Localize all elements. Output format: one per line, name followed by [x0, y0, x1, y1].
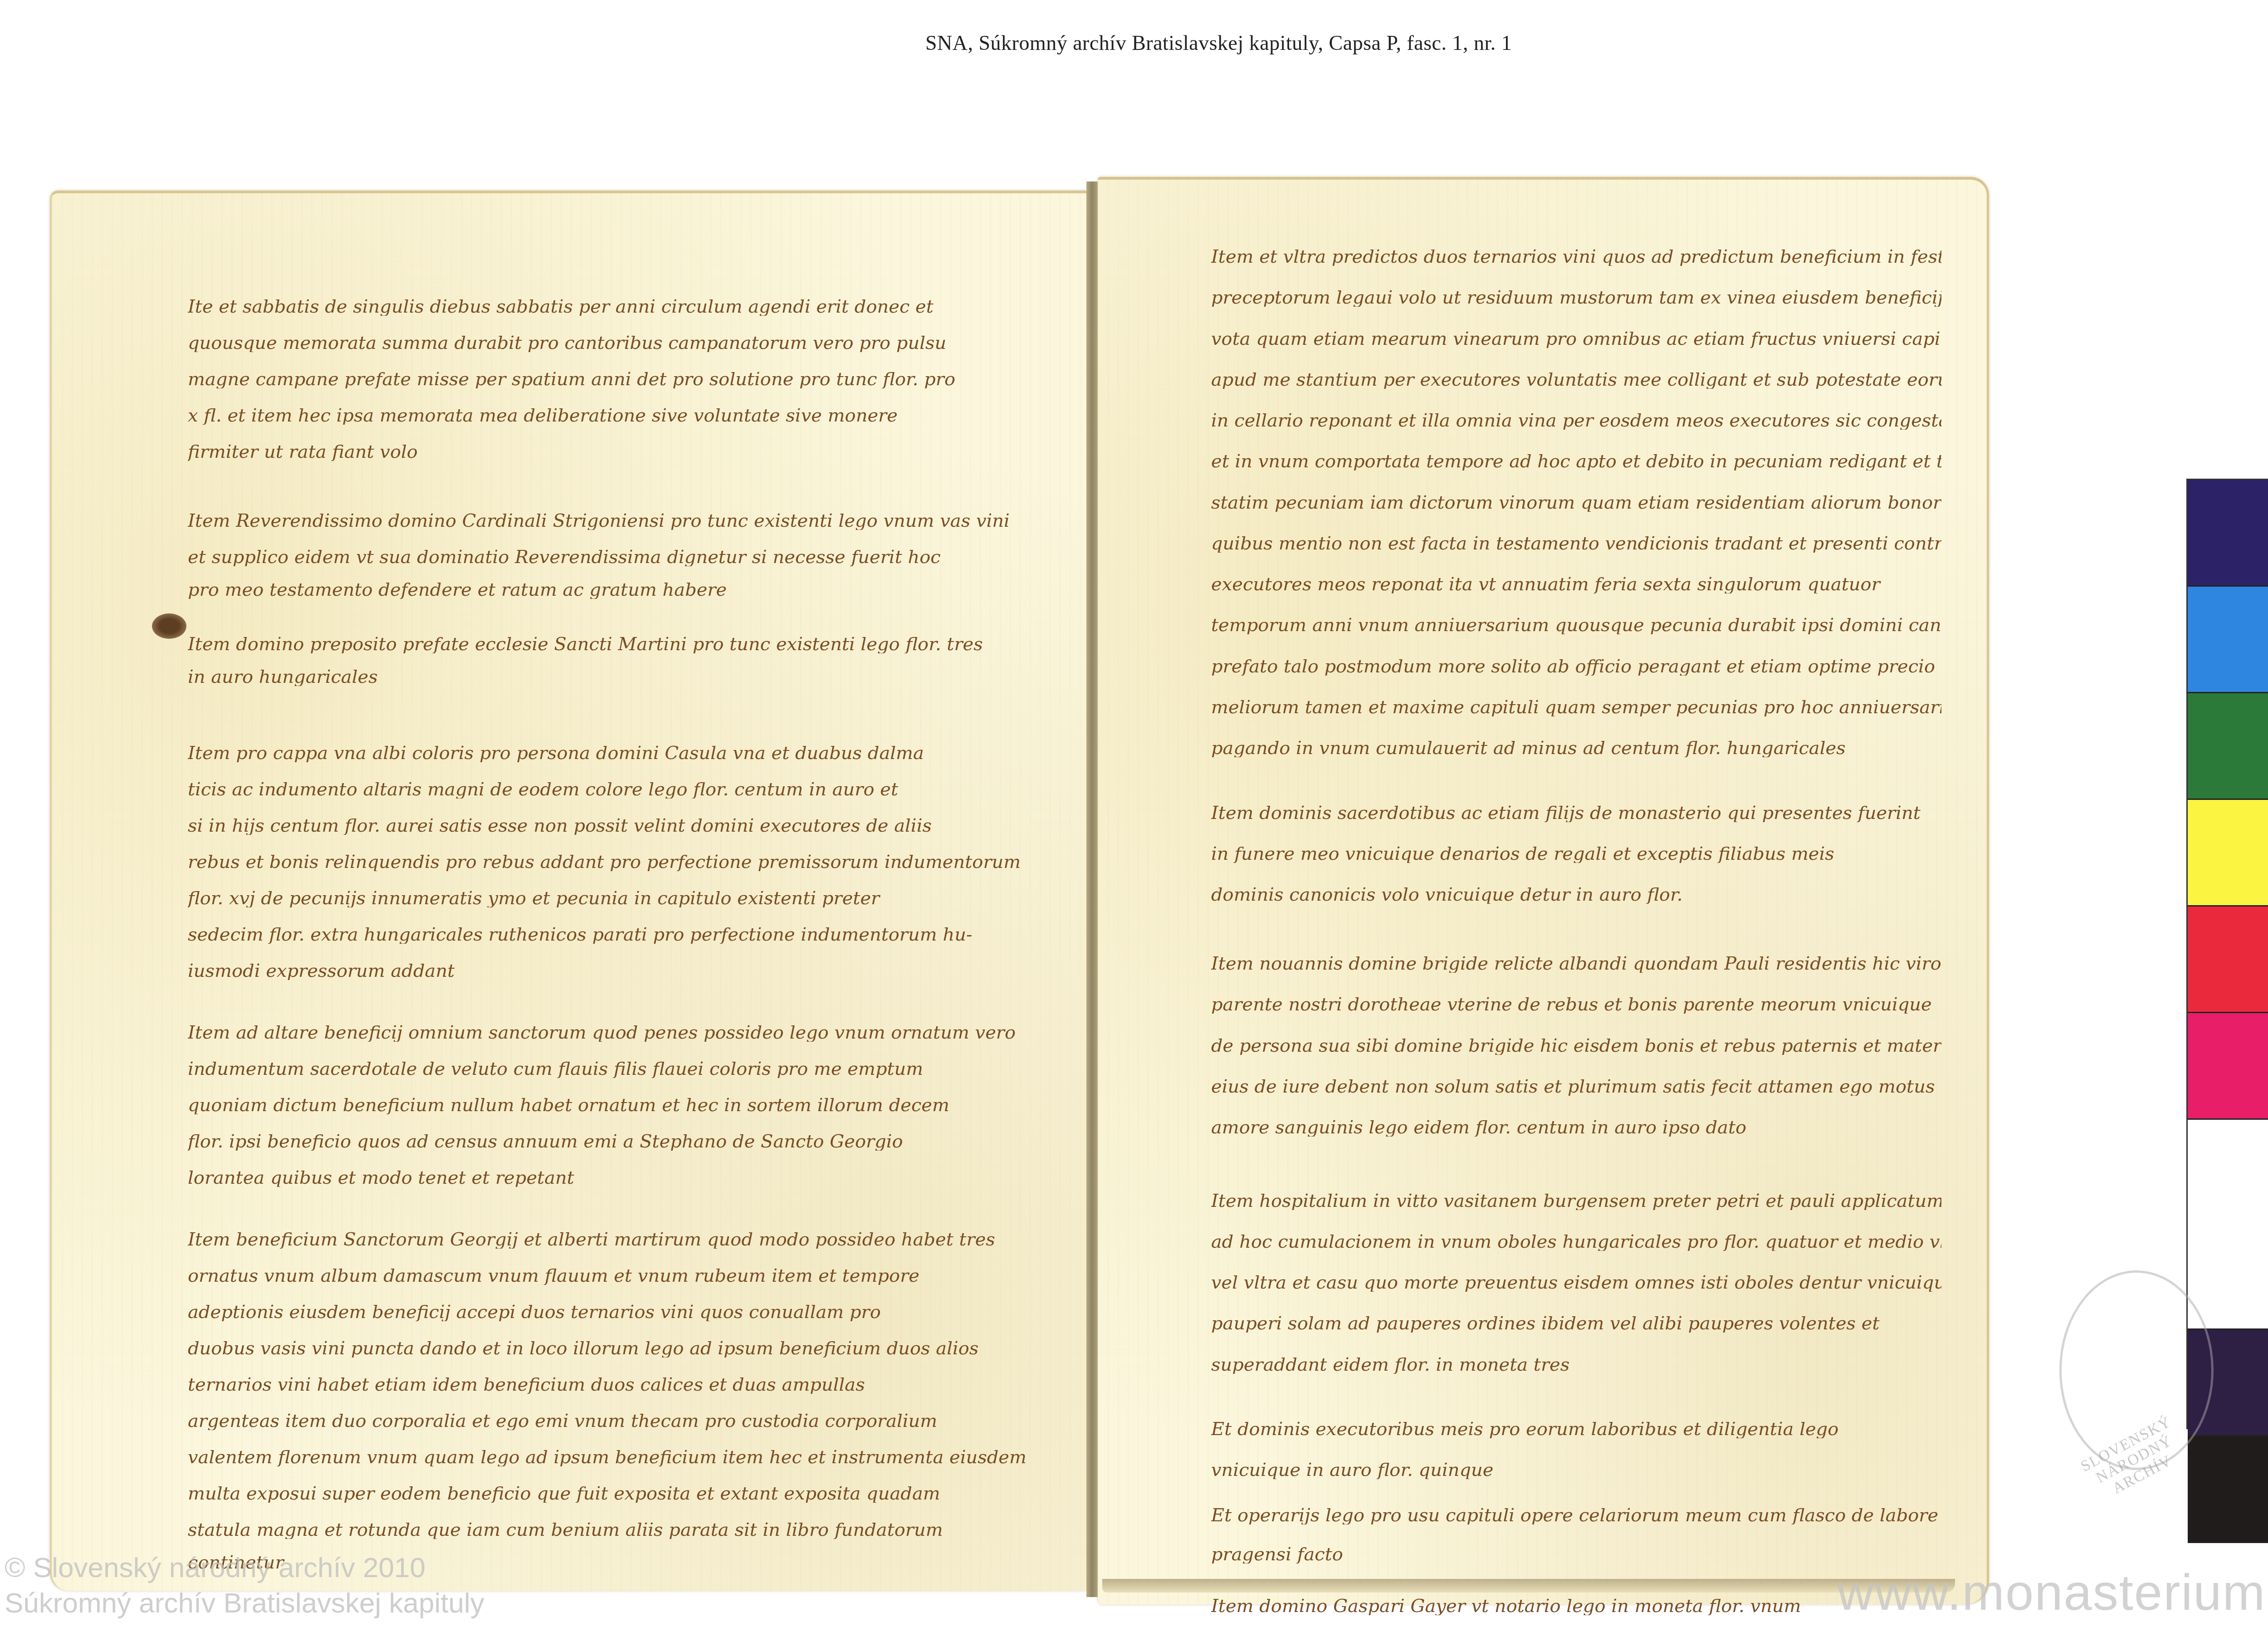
- page-edge-stack: [1102, 1579, 1955, 1593]
- manuscript-line: Item dominis sacerdotibus ac etiam filij…: [1211, 804, 1941, 822]
- manuscript-line: ad hoc cumulacionem in vnum oboles hunga…: [1211, 1233, 1941, 1251]
- manuscript-line: valentem florenum vnum quam lego ad ipsu…: [188, 1448, 1027, 1466]
- manuscript-line: pro meo testamento defendere et ratum ac…: [188, 581, 1027, 599]
- manuscript-line: Item et vltra predictos duos ternarios v…: [1211, 248, 1941, 266]
- patch-row-green: [2188, 693, 2268, 800]
- manuscript-line: quoniam dictum beneficium nullum habet o…: [188, 1096, 1027, 1114]
- manuscript-line: argenteas item duo corporalia et ego emi…: [188, 1412, 1027, 1430]
- manuscript-line: in auro hungaricales: [188, 668, 1027, 686]
- manuscript-line: et in vnum comportata tempore ad hoc apt…: [1211, 452, 1941, 470]
- manuscript-line: statim pecuniam iam dictorum vinorum qua…: [1211, 494, 1941, 512]
- manuscript-line: in funere meo vnicuique denarios de rega…: [1211, 845, 1941, 863]
- collection-watermark: Súkromný archív Bratislavskej kapituly: [5, 1587, 484, 1619]
- manuscript-line: Item beneficium Sanctorum Georgij et alb…: [188, 1230, 1027, 1249]
- manuscript-line: vota quam etiam mearum vinearum pro omni…: [1211, 330, 1941, 348]
- manuscript-line: prefato talo postmodum more solito ab of…: [1211, 657, 1941, 676]
- patch-row-magenta: [2188, 1013, 2268, 1120]
- manuscript-right-page: Item et vltra predictos duos ternarios v…: [1098, 177, 1989, 1604]
- manuscript-line: Item hospitalium in vitto vasitanem burg…: [1211, 1192, 1941, 1210]
- patch-row-blue: [2188, 480, 2268, 587]
- manuscript-line: Ite et sabbatis de singulis diebus sabba…: [188, 298, 1027, 316]
- patch-blue-primary: [2188, 480, 2268, 585]
- manuscript-line: iusmodi expressorum addant: [188, 962, 1027, 980]
- patch-row-cyan: [2188, 587, 2268, 693]
- patch-red-primary: [2188, 907, 2268, 1012]
- patch-row-white: [2188, 1120, 2268, 1330]
- manuscript-line: lorantea quibus et modo tenet et repetan…: [188, 1169, 1027, 1187]
- manuscript-line: et supplico eidem vt sua dominatio Rever…: [188, 548, 1027, 566]
- manuscript-line: Item ad altare beneficij omnium sanctoru…: [188, 1024, 1027, 1042]
- copyright-watermark: © Slovenský národný archív 2010: [5, 1552, 425, 1584]
- manuscript-line: Item Reverendissimo domino Cardinali Str…: [188, 512, 1027, 530]
- manuscript-line: Item pro cappa vna albi coloris pro pers…: [188, 744, 1027, 762]
- manuscript-line: x fl. et item hec ipsa memorata mea deli…: [188, 407, 1027, 425]
- manuscript-line: vnicuique in auro flor. quinque: [1211, 1461, 1941, 1479]
- manuscript-line: Item domino preposito prefate ecclesie S…: [188, 635, 1027, 653]
- manuscript-line: statula magna et rotunda que iam cum ben…: [188, 1521, 1027, 1539]
- ink-blot: [152, 613, 186, 639]
- manuscript-line: parente nostri dorotheae vterine de rebu…: [1211, 995, 1941, 1014]
- manuscript-line: rebus et bonis relinquendis pro rebus ad…: [188, 853, 1027, 871]
- manuscript-line: superaddant eidem flor. in moneta tres: [1211, 1356, 1941, 1374]
- manuscript-line: quousque memorata summa durabit pro cant…: [188, 334, 1027, 352]
- patch-row-red: [2188, 907, 2268, 1013]
- manuscript-line: magne campane prefate misse per spatium …: [188, 370, 1027, 388]
- manuscript-line: flor. xvj de pecunijs innumeratis ymo et…: [188, 889, 1027, 907]
- kodak-color-target: Kodak Color Control Patches BlueCyanGree…: [2186, 479, 2268, 1429]
- manuscript-line: firmiter ut rata fiant volo: [188, 443, 1027, 461]
- manuscript-line: indumentum sacerdotale de veluto cum fla…: [188, 1060, 1027, 1078]
- manuscript-line: ticis ac indumento altaris magni de eode…: [188, 780, 1027, 799]
- manuscript-line: temporum anni vnum anniuersarium quousqu…: [1211, 616, 1941, 634]
- manuscript-line: dominis canonicis volo vnicuique detur i…: [1211, 886, 1941, 904]
- monasterium-watermark: www.monasterium.net: [1837, 1563, 2268, 1622]
- manuscript-line: Et operarijs lego pro usu capituli opere…: [1211, 1506, 1941, 1524]
- manuscript-line: duobus vasis vini puncta dando et in loc…: [188, 1339, 1027, 1358]
- manuscript-line: pagando in vnum cumulauerit ad minus ad …: [1211, 739, 1941, 757]
- manuscript-line: sedecim flor. extra hungaricales rutheni…: [188, 926, 1027, 944]
- manuscript-line: de persona sua sibi domine brigide hic e…: [1211, 1037, 1941, 1055]
- patch-yellow-primary: [2188, 800, 2268, 905]
- manuscript-line: multa exposui super eodem beneficio que …: [188, 1485, 1027, 1503]
- manuscript-line: executores meos reponat ita vt annuatim …: [1211, 575, 1941, 593]
- patch-cyan-primary: [2188, 587, 2268, 692]
- manuscript-line: vel vltra et casu quo morte preuentus ei…: [1211, 1274, 1941, 1292]
- manuscript-line: amore sanguinis lego eidem flor. centum …: [1211, 1118, 1941, 1137]
- manuscript-line: Et dominis executoribus meis pro eorum l…: [1211, 1420, 1941, 1438]
- manuscript-left-page: Ite et sabbatis de singulis diebus sabba…: [50, 191, 1088, 1591]
- patch-green-primary: [2188, 693, 2268, 799]
- patch-magenta-primary: [2188, 1013, 2268, 1118]
- manuscript-line: ornatus vnum album damascum vnum flauum …: [188, 1267, 1027, 1285]
- manuscript-line: ternarios vini habet etiam idem benefici…: [188, 1376, 1027, 1394]
- manuscript-line: adeptionis eiusdem beneficij accepi duos…: [188, 1303, 1027, 1321]
- manuscript-line: si in hijs centum flor. aurei satis esse…: [188, 817, 1027, 835]
- manuscript-line: pauperi solam ad pauperes ordines ibidem…: [1211, 1314, 1941, 1333]
- manuscript-line: preceptorum legaui volo ut residuum must…: [1211, 289, 1941, 307]
- manuscript-line: flor. ipsi beneficio quos ad census annu…: [188, 1132, 1027, 1151]
- manuscript-line: Item domino Gaspari Gayer vt notario leg…: [1211, 1597, 1941, 1615]
- manuscript-line: eius de iure debent non solum satis et p…: [1211, 1078, 1941, 1096]
- manuscript-line: Item nouannis domine brigide relicte alb…: [1211, 955, 1941, 973]
- manuscript-line: apud me stantium per executores voluntat…: [1211, 371, 1941, 389]
- archive-reference: SNA, Súkromný archív Bratislavskej kapit…: [925, 31, 1512, 55]
- manuscript-line: pragensi facto: [1211, 1545, 1941, 1563]
- patch-white: [2188, 1120, 2268, 1328]
- manuscript-line: meliorum tamen et maxime capituli quam s…: [1211, 698, 1941, 716]
- color-patch-grid: [2186, 479, 2268, 1429]
- patch-row-yellow: [2188, 800, 2268, 907]
- manuscript-line: in cellario reponant et illa omnia vina …: [1211, 412, 1941, 430]
- manuscript-line: quibus mentio non est facta in testament…: [1211, 534, 1941, 553]
